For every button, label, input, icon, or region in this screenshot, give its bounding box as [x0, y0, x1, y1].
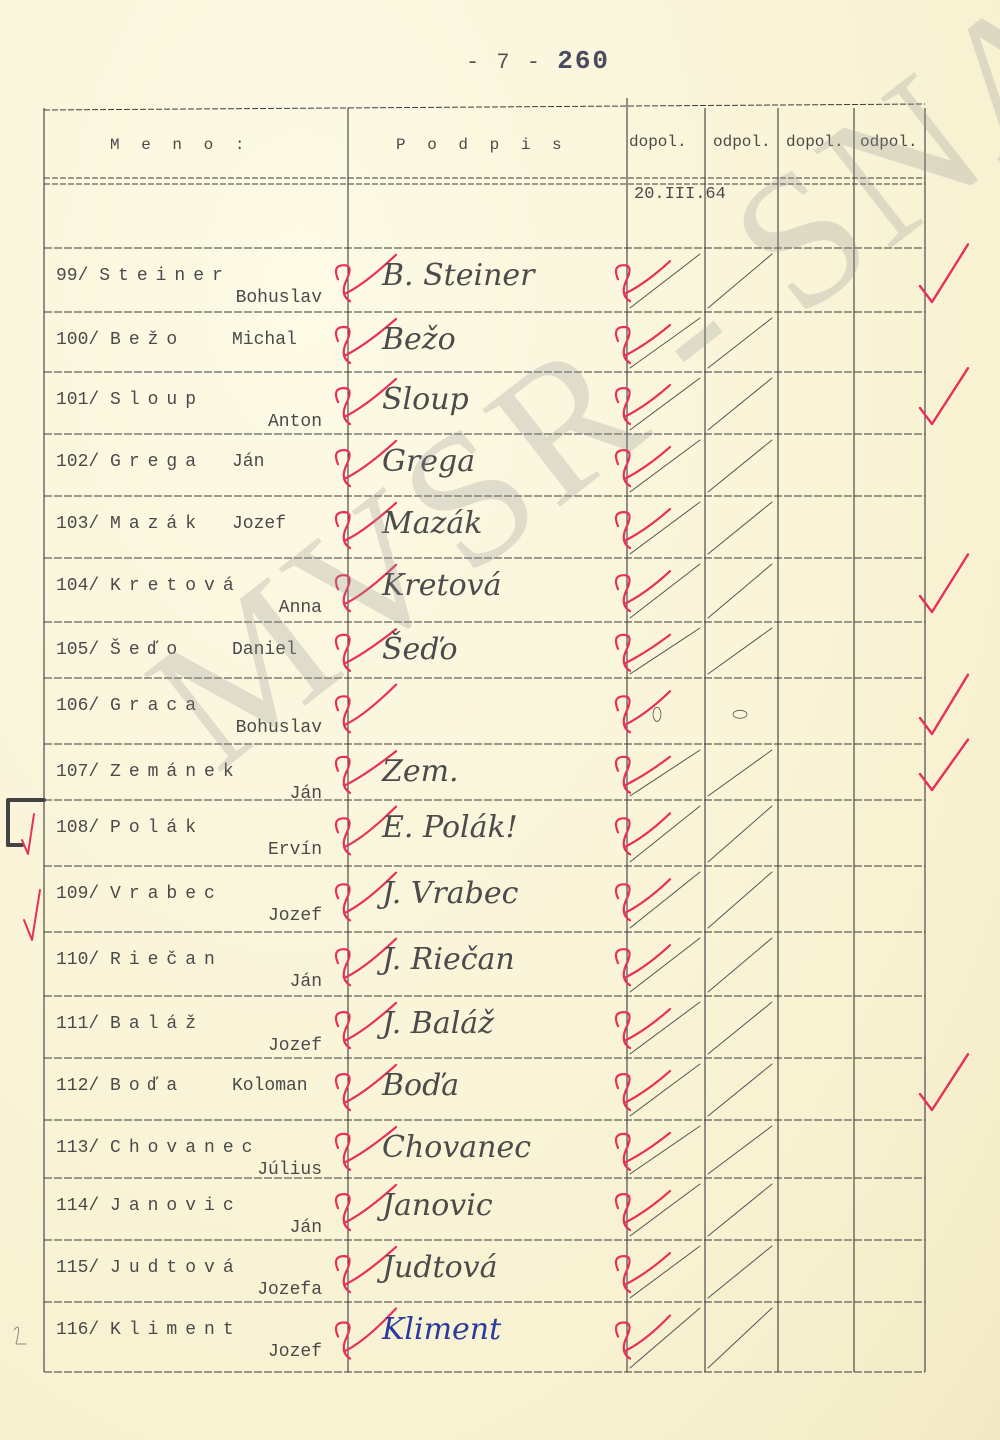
pencil-slash-icon [708, 1064, 772, 1116]
margin-check-icon [920, 554, 968, 612]
pencil-slash-icon [630, 872, 700, 928]
red-check-icon [616, 325, 670, 363]
handwritten-signature: J. Vrabec [382, 876, 518, 911]
pencil-slash-icon [708, 1184, 772, 1236]
given-name: Július [257, 1160, 322, 1180]
table-row: 103/ Mazák [56, 514, 204, 534]
surname: Graca [110, 696, 204, 716]
pencil-slash-icon [630, 1308, 700, 1368]
red-check-icon [616, 945, 670, 985]
pencil-slash-icon [630, 628, 700, 674]
zero-mark [733, 710, 747, 718]
handwritten-signature: Kretová [382, 568, 501, 603]
handwritten-signature: B. Steiner [382, 258, 535, 293]
row-number: 108/ [56, 818, 110, 838]
pencil-slash-icon [708, 254, 772, 308]
table-row: 111/ Baláž [56, 1014, 204, 1034]
pencil-slash-icon [708, 564, 772, 618]
table-row: 105/ Šeďo [56, 640, 185, 660]
given-name: Ján [232, 452, 264, 472]
row-number: 116/ [56, 1320, 110, 1340]
given-name: Anton [268, 412, 322, 432]
given-name: Ján [290, 972, 322, 992]
red-check-icon [616, 813, 670, 854]
surname: Judtová [110, 1258, 242, 1278]
zero-mark [653, 707, 661, 721]
row-number: 103/ [56, 514, 110, 534]
table-row: 107/ Zemánek [56, 762, 242, 782]
red-check-icon [616, 385, 670, 424]
header-name: M e n o : [110, 136, 250, 154]
header-dopol-2: dopol. [786, 133, 844, 151]
pencil-slash-icon [630, 502, 700, 554]
pencil-slash-icon [708, 750, 772, 796]
header-dopol-1: dopol. [629, 133, 687, 151]
table-row: 104/ Kretová [56, 576, 242, 596]
surname: Sloup [110, 390, 204, 410]
handwritten-signature: Zem. [382, 754, 459, 789]
table-row: 100/ Bežo [56, 330, 185, 350]
red-check-icon [616, 1071, 670, 1110]
surname: Boďa [110, 1076, 185, 1096]
pencil-slash-icon [708, 1002, 772, 1054]
pencil-slash-icon [630, 750, 700, 796]
given-name: Koloman [232, 1076, 308, 1096]
table-row: 113/ Chovanec [56, 1138, 260, 1158]
handwritten-signature: J. Baláž [382, 1006, 494, 1041]
row-number: 104/ [56, 576, 110, 596]
header-odpol-1: odpol. [713, 133, 771, 151]
red-check-icon [616, 447, 670, 486]
header-signature: P o d p i s [396, 136, 568, 154]
surname: Steiner [99, 266, 231, 286]
pencil-slash-icon [708, 1126, 772, 1174]
table-row: 108/ Polák [56, 818, 204, 838]
pencil-slash-icon [708, 502, 772, 554]
session-date: 20.III.64 [634, 185, 726, 204]
table-row: 106/ Graca [56, 696, 204, 716]
pencil-slash-icon [630, 564, 700, 618]
margin-note-icon [14, 1327, 26, 1344]
table-row: 112/ Boďa [56, 1076, 185, 1096]
surname: Kliment [110, 1320, 242, 1340]
table-row: 102/ Grega [56, 452, 204, 472]
handwritten-signature: Chovanec [382, 1130, 531, 1165]
row-number: 110/ [56, 950, 110, 970]
given-name: Ervín [268, 840, 322, 860]
given-name: Bohuslav [236, 288, 322, 308]
row-number: 102/ [56, 452, 110, 472]
row-number: 113/ [56, 1138, 110, 1158]
surname: Mazák [110, 514, 204, 534]
red-check-icon [616, 1191, 670, 1230]
red-check-icon [616, 261, 670, 301]
given-name: Jozefa [257, 1280, 322, 1300]
surname: Chovanec [110, 1138, 260, 1158]
pencil-slash-icon [630, 378, 700, 430]
header-odpol-2: odpol. [860, 133, 918, 151]
margin-check-icon [920, 244, 968, 302]
register-grid [0, 0, 1000, 1440]
pencil-slash-icon [708, 628, 772, 674]
pencil-slash-icon [708, 378, 772, 430]
row-number: 115/ [56, 1258, 110, 1278]
row-number: 100/ [56, 330, 110, 350]
table-row: 114/ Janovic [56, 1196, 242, 1216]
handwritten-signature: E. Polák! [382, 810, 518, 845]
surname: Baláž [110, 1014, 204, 1034]
red-check-icon [616, 1316, 670, 1359]
pencil-slash-icon [708, 938, 772, 992]
row-number: 111/ [56, 1014, 110, 1034]
pencil-slash-icon [630, 1064, 700, 1116]
handwritten-signature: Judtová [382, 1250, 498, 1285]
pencil-slash-icon [708, 872, 772, 928]
red-check-icon [616, 571, 670, 611]
pencil-slash-icon [708, 1308, 772, 1368]
row-number: 114/ [56, 1196, 110, 1216]
margin-check-icon [920, 1054, 968, 1110]
given-name: Jozef [268, 1036, 322, 1056]
pencil-slash-icon [630, 318, 700, 368]
red-check-icon [336, 685, 396, 733]
given-name: Jozef [268, 1342, 322, 1362]
given-name: Jozef [232, 514, 286, 534]
handwritten-signature: Janovic [382, 1188, 493, 1223]
pencil-slash-icon [630, 254, 700, 308]
given-name: Jozef [268, 906, 322, 926]
pencil-slash-icon [630, 938, 700, 992]
surname: Polák [110, 818, 204, 838]
pencil-slash-icon [630, 1184, 700, 1236]
table-row: 109/ Vrabec [56, 884, 223, 904]
table-row: 110/ Riečan [56, 950, 223, 970]
table-row: 116/ Kliment [56, 1320, 242, 1340]
pencil-slash-icon [708, 806, 772, 862]
margin-check-icon [920, 740, 968, 790]
red-check-icon [616, 879, 670, 920]
surname: Kretová [110, 576, 242, 596]
handwritten-signature: Mazák [382, 506, 482, 541]
table-top-border [44, 104, 925, 110]
surname: Janovic [110, 1196, 242, 1216]
given-name: Anna [279, 598, 322, 618]
pencil-slash-icon [630, 1126, 700, 1174]
row-number: 101/ [56, 390, 110, 410]
margin-bracket-icon [8, 800, 44, 845]
margin-check-icon [24, 890, 40, 940]
red-check-icon [616, 1009, 670, 1048]
surname: Vrabec [110, 884, 223, 904]
pencil-slash-icon [630, 1246, 700, 1298]
pencil-slash-icon [708, 1246, 772, 1298]
table-row: 115/ Judtová [56, 1258, 242, 1278]
given-name: Michal [232, 330, 297, 350]
surname: Šeďo [110, 640, 185, 660]
margin-check-icon [920, 675, 968, 734]
given-name: Ján [290, 1218, 322, 1238]
handwritten-signature: Sloup [382, 382, 469, 417]
row-number: 105/ [56, 640, 110, 660]
red-check-icon [616, 509, 670, 548]
pencil-slash-icon [630, 1002, 700, 1054]
table-row: 101/ Sloup [56, 390, 204, 410]
red-check-icon [616, 1133, 670, 1170]
red-check-icon [616, 1253, 670, 1292]
given-name: Daniel [232, 640, 297, 660]
red-check-icon [616, 691, 670, 732]
row-number: 112/ [56, 1076, 110, 1096]
surname: Riečan [110, 950, 223, 970]
surname: Bežo [110, 330, 185, 350]
surname: Grega [110, 452, 204, 472]
row-number: 106/ [56, 696, 110, 716]
surname: Zemánek [110, 762, 242, 782]
given-name: Ján [290, 784, 322, 804]
row-number: 107/ [56, 762, 110, 782]
margin-check-icon [920, 368, 968, 424]
given-name: Bohuslav [236, 718, 322, 738]
handwritten-signature: Boďa [382, 1068, 459, 1103]
handwritten-signature: Kliment [382, 1312, 501, 1347]
pencil-slash-icon [630, 440, 700, 492]
pencil-slash-icon [708, 318, 772, 368]
row-number: 99/ [56, 266, 99, 286]
handwritten-signature: Šeďo [382, 632, 458, 667]
pencil-slash-icon [708, 440, 772, 492]
handwritten-signature: Bežo [382, 322, 456, 357]
handwritten-signature: J. Riečan [382, 942, 515, 977]
row-number: 109/ [56, 884, 110, 904]
handwritten-signature: Grega [382, 444, 475, 479]
margin-check-icon [22, 814, 34, 854]
table-row: 99/ Steiner [56, 266, 231, 286]
pencil-slash-icon [630, 806, 700, 862]
